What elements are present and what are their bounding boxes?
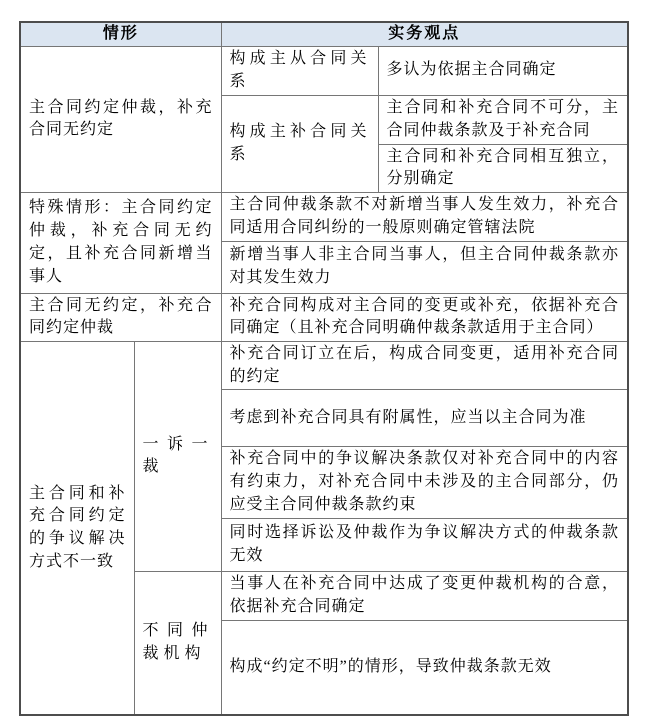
cell-group1-branch1-label: 构成主从合同关系 [221,46,378,95]
cell-group1-branch2-view1: 主合同和补充合同不可分，主合同仲裁条款及于补充合同 [378,95,628,144]
table-row: 特殊情形：主合同约定仲裁，补充合同无约定，且补充合同新增当事人 主合同仲裁条款不… [20,193,628,241]
cell-group4-situation: 主合同和补充合同约定的争议解决方式不一致 [20,342,134,716]
cell-group3-situation: 主合同无约定，补充合同约定仲裁 [20,293,221,341]
cell-group1-branch1-view1: 多认为依据主合同确定 [378,46,628,95]
cell-group3-view1: 补充合同构成对主合同的变更或补充，依据补充合同确定（且补充合同明确仲裁条款适用于… [221,293,628,341]
cell-group4-branch1-view3: 补充合同中的争议解决条款仅对补充合同中的内容有约束力，对补充合同中未涉及的主合同… [221,447,628,518]
cell-group4-branch1-label: 一诉一裁 [134,342,221,572]
table-row: 主合同和补充合同约定的争议解决方式不一致 一诉一裁 补充合同订立在后，构成合同变… [20,342,628,390]
cell-group4-branch1-view4: 同时选择诉讼及仲裁作为争议解决方式的仲裁条款无效 [221,518,628,571]
cell-group4-branch2-view1: 当事人在补充合同中达成了变更仲裁机构的合意，依据补充合同确定 [221,571,628,620]
cell-group2-situation: 特殊情形：主合同约定仲裁，补充合同无约定，且补充合同新增当事人 [20,193,221,293]
table-row: 主合同无约定，补充合同约定仲裁 补充合同构成对主合同的变更或补充，依据补充合同确… [20,293,628,341]
cell-group4-branch2-label: 不同仲裁机构 [134,571,221,715]
cell-group4-branch2-view2: 构成“约定不明”的情形，导致仲裁条款无效 [221,620,628,715]
header-view: 实务观点 [221,22,628,46]
cell-group4-branch1-view1: 补充合同订立在后，构成合同变更，适用补充合同的约定 [221,342,628,390]
cell-group2-view2: 新增当事人非主合同当事人，但主合同仲裁条款亦对其发生效力 [221,241,628,293]
cell-group1-situation: 主合同约定仲裁，补充合同无约定 [20,46,221,192]
cell-group1-branch2-view2: 主合同和补充合同相互独立，分别确定 [378,144,628,192]
cell-group4-branch1-view2: 考虑到补充合同具有附属性，应当以主合同为准 [221,390,628,447]
table-row: 主合同约定仲裁，补充合同无约定 构成主从合同关系 多认为依据主合同确定 [20,46,628,95]
table-header-row: 情形 实务观点 [20,22,628,46]
cell-group1-branch2-label: 构成主补合同关系 [221,95,378,192]
header-situation: 情形 [20,22,221,46]
cell-group2-view1: 主合同仲裁条款不对新增当事人发生效力，补充合同适用合同纠纷的一般原则确定管辖法院 [221,193,628,241]
arbitration-scenarios-table: 情形 实务观点 主合同约定仲裁，补充合同无约定 构成主从合同关系 多认为依据主合… [19,21,629,716]
